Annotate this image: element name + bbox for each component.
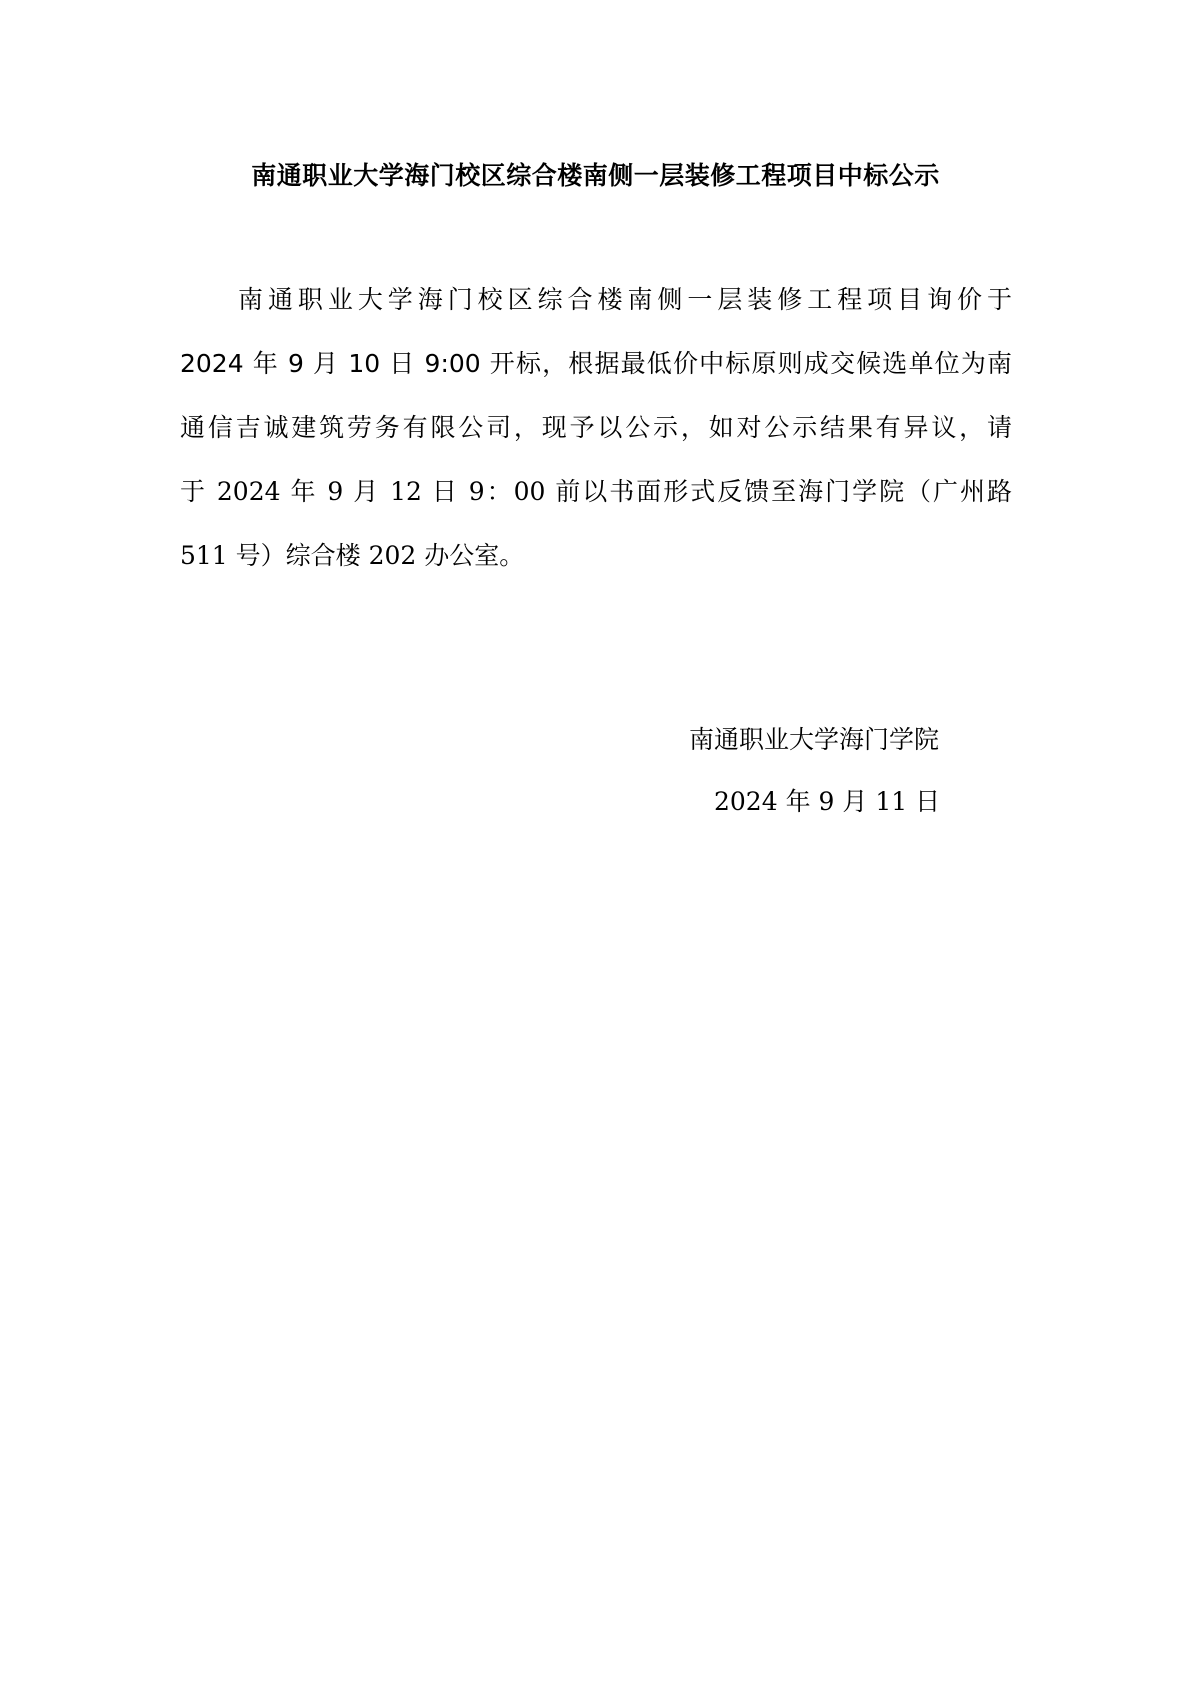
- document-page: 南通职业大学海门校区综合楼南侧一层装修工程项目中标公示 南通职业大学海门校区综合…: [0, 0, 1191, 1684]
- body-line-4: 于 2024 年 9 月 12 日 9：00 前以书面形式反馈至海门学院（广州路: [180, 474, 1012, 510]
- body-line-1: 南通职业大学海门校区综合楼南侧一层装修工程项目询价于: [238, 282, 1012, 318]
- signature-organization: 南通职业大学海门学院: [689, 722, 939, 758]
- document-title: 南通职业大学海门校区综合楼南侧一层装修工程项目中标公示: [0, 158, 1191, 194]
- body-line-2: 2024 年 9 月 10 日 9:00 开标，根据最低价中标原则成交候选单位为…: [180, 346, 1012, 382]
- body-line-3: 通信吉诚建筑劳务有限公司，现予以公示，如对公示结果有异议，请: [180, 410, 1012, 446]
- body-line-5: 511 号）综合楼 202 办公室。: [180, 538, 1012, 574]
- signature-date: 2024 年 9 月 11 日: [714, 784, 940, 820]
